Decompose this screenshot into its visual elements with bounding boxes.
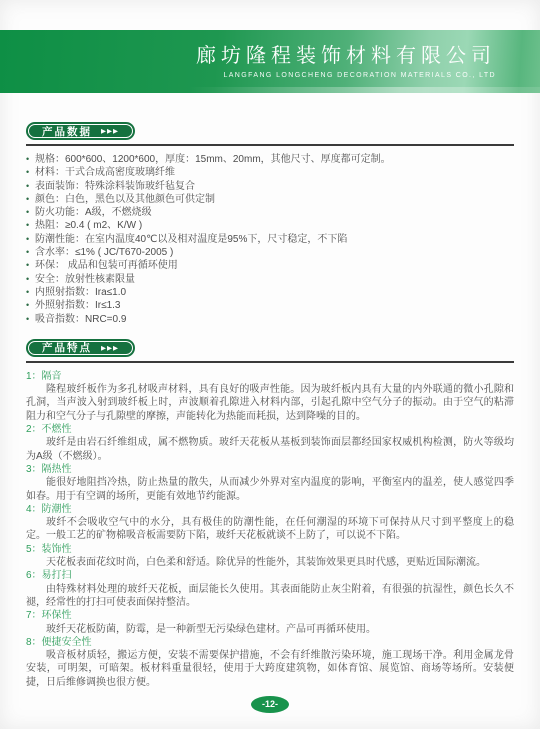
spec-item: • 内照射指数：Ira≤1.0 [26, 286, 514, 299]
feature-item: 1：隔音 隆程玻纤板作为多孔材吸声材料，具有良好的吸声性能。因为玻纤板内具有大量… [26, 370, 514, 423]
header-text-block: 廊坊隆程装饰材料有限公司 LANGFANG LONGCHENG DECORATI… [196, 39, 496, 79]
feature-item: 7：环保性 玻纤天花板防菌，防霉，是一种新型无污染绿色建材。产品可再循环使用。 [26, 609, 514, 636]
product-features-section: 产品特点 ▶▶▶ 1：隔音 隆程玻纤板作为多孔材吸声材料，具有良好的吸声性能。因… [26, 339, 514, 689]
feature-item: 8：便捷安全性 吸音板材质轻，搬运方便，安装不需要保护措施，不会有纤维散污染环境… [26, 636, 514, 689]
bullet-dot-icon: • [26, 286, 35, 299]
feature-body: 玻纤不会吸收空气中的水分，具有极佳的防潮性能，在任何潮湿的环境下可保持从尺寸到平… [26, 516, 514, 543]
spec-text: 防火功能：A级，不燃烧级 [35, 206, 152, 219]
bullet-dot-icon: • [26, 313, 35, 326]
features-list: 1：隔音 隆程玻纤板作为多孔材吸声材料，具有良好的吸声性能。因为玻纤板内具有大量… [26, 370, 514, 689]
feature-heading: 1：隔音 [26, 370, 514, 383]
product-features-pill: 产品特点 ▶▶▶ [26, 339, 135, 357]
section-rule [26, 361, 514, 363]
company-name-en: LANGFANG LONGCHENG DECORATION MATERIALS … [196, 72, 496, 79]
spec-item: • 颜色：白色，黑色以及其他颜色可供定制 [26, 193, 514, 206]
spec-item: • 安全：放射性核素限量 [26, 273, 514, 286]
spec-text: 内照射指数：Ira≤1.0 [35, 286, 126, 299]
bullet-dot-icon: • [26, 166, 35, 179]
bullet-dot-icon: • [26, 153, 35, 166]
feature-body: 玻纤天花板防菌，防霉，是一种新型无污染绿色建材。产品可再循环使用。 [26, 623, 514, 636]
spec-item: • 热阻：≥0.4 ( m2、K/W ) [26, 219, 514, 232]
bullet-dot-icon: • [26, 259, 35, 272]
page-number: -12- [262, 699, 278, 709]
spec-text: 表面装饰：特殊涂料装饰玻纤毡复合 [35, 180, 195, 193]
feature-body: 玻纤是由岩石纤维组成，属不燃物质。玻纤天花板从基板到装饰面层都经国家权威机构检测… [26, 436, 514, 463]
spec-item: • 防潮性能：在室内温度40℃以及相对温度是95%下，尺寸稳定，不下陷 [26, 233, 514, 246]
bullet-dot-icon: • [26, 206, 35, 219]
bullet-dot-icon: • [26, 180, 35, 193]
feature-body: 天花板表面花纹时尚，白色柔和舒适。除优异的性能外，其装饰效果更具时代感，更贴近国… [26, 556, 514, 569]
feature-body: 能很好地阻挡冷热，防止热量的散失，从而减少外界对室内温度的影响，平衡室内的温差，… [26, 476, 514, 503]
page-content: 产品数据 ▶▶▶ • 规格：600*600、1200*600，厚度：15mm、2… [26, 122, 514, 713]
bullet-dot-icon: • [26, 299, 35, 312]
spec-text: 规格：600*600、1200*600，厚度：15mm、20mm，其他尺寸、厚度… [35, 153, 391, 166]
feature-heading: 7：环保性 [26, 609, 514, 622]
triple-arrow-icon: ▶▶▶ [101, 344, 119, 352]
feature-item: 6：易打扫 由特殊材料处理的玻纤天花板，面层能长久使用。其表面能防止灰尘附着，有… [26, 569, 514, 609]
feature-item: 3：隔热性 能很好地阻挡冷热，防止热量的散失，从而减少外界对室内温度的影响，平衡… [26, 463, 514, 503]
spec-item: • 规格：600*600、1200*600，厚度：15mm、20mm，其他尺寸、… [26, 153, 514, 166]
spec-text: 含水率：≤1% ( JC/T670-2005 ) [35, 246, 173, 259]
spec-text: 材料：干式合成高密度玻璃纤维 [35, 166, 175, 179]
feature-heading: 2：不燃性 [26, 423, 514, 436]
product-data-section: 产品数据 ▶▶▶ • 规格：600*600、1200*600，厚度：15mm、2… [26, 122, 514, 326]
feature-heading: 5：装饰性 [26, 543, 514, 556]
spec-item: • 外照射指数：Ir≤1.3 [26, 299, 514, 312]
pill-inner: 产品特点 ▶▶▶ [28, 341, 133, 355]
spec-text: 外照射指数：Ir≤1.3 [35, 299, 121, 312]
spec-text: 颜色：白色，黑色以及其他颜色可供定制 [35, 193, 215, 206]
triple-arrow-icon: ▶▶▶ [101, 127, 119, 135]
feature-heading: 3：隔热性 [26, 463, 514, 476]
spec-text: 环保： 成品和包装可再循环使用 [35, 259, 178, 272]
page-number-badge: -12- [251, 696, 289, 713]
feature-heading: 6：易打扫 [26, 569, 514, 582]
spec-item: • 表面装饰：特殊涂料装饰玻纤毡复合 [26, 180, 514, 193]
bullet-dot-icon: • [26, 193, 35, 206]
feature-item: 4：防潮性 玻纤不会吸收空气中的水分，具有极佳的防潮性能，在任何潮湿的环境下可保… [26, 503, 514, 543]
product-data-title: 产品数据 [42, 124, 92, 139]
section-rule [26, 144, 514, 146]
spec-item: • 含水率：≤1% ( JC/T670-2005 ) [26, 246, 514, 259]
feature-heading: 8：便捷安全性 [26, 636, 514, 649]
spec-text: 热阻：≥0.4 ( m2、K/W ) [35, 219, 142, 232]
spec-text: 吸音指数：NRC=0.9 [35, 313, 126, 326]
feature-item: 5：装饰性 天花板表面花纹时尚，白色柔和舒适。除优异的性能外，其装饰效果更具时代… [26, 543, 514, 570]
bullet-dot-icon: • [26, 233, 35, 246]
feature-item: 2：不燃性 玻纤是由岩石纤维组成，属不燃物质。玻纤天花板从基板到装饰面层都经国家… [26, 423, 514, 463]
feature-body: 吸音板材质轻，搬运方便，安装不需要保护措施，不会有纤维散污染环境，施工现场干净。… [26, 649, 514, 689]
bullet-dot-icon: • [26, 219, 35, 232]
header-band: 廊坊隆程装饰材料有限公司 LANGFANG LONGCHENG DECORATI… [0, 30, 540, 93]
product-data-pill: 产品数据 ▶▶▶ [26, 122, 135, 140]
pill-inner: 产品数据 ▶▶▶ [28, 124, 133, 138]
feature-body: 隆程玻纤板作为多孔材吸声材料，具有良好的吸声性能。因为玻纤板内具有大量的内外联通… [26, 383, 514, 423]
catalog-page: 廊坊隆程装饰材料有限公司 LANGFANG LONGCHENG DECORATI… [0, 0, 540, 729]
spec-text: 安全：放射性核素限量 [35, 273, 135, 286]
spec-text: 防潮性能：在室内温度40℃以及相对温度是95%下，尺寸稳定，不下陷 [35, 233, 347, 246]
product-features-title: 产品特点 [42, 340, 92, 355]
spec-item: • 材料：干式合成高密度玻璃纤维 [26, 166, 514, 179]
spec-item: • 环保： 成品和包装可再循环使用 [26, 259, 514, 272]
bullet-dot-icon: • [26, 246, 35, 259]
company-name: 廊坊隆程装饰材料有限公司 [196, 39, 496, 68]
feature-heading: 4：防潮性 [26, 503, 514, 516]
bullet-dot-icon: • [26, 273, 35, 286]
spec-item: • 吸音指数：NRC=0.9 [26, 313, 514, 326]
feature-body: 由特殊材料处理的玻纤天花板，面层能长久使用。其表面能防止灰尘附着，有很强的抗湿性… [26, 583, 514, 610]
spec-list: • 规格：600*600、1200*600，厚度：15mm、20mm，其他尺寸、… [26, 153, 514, 326]
spec-item: • 防火功能：A级，不燃烧级 [26, 206, 514, 219]
